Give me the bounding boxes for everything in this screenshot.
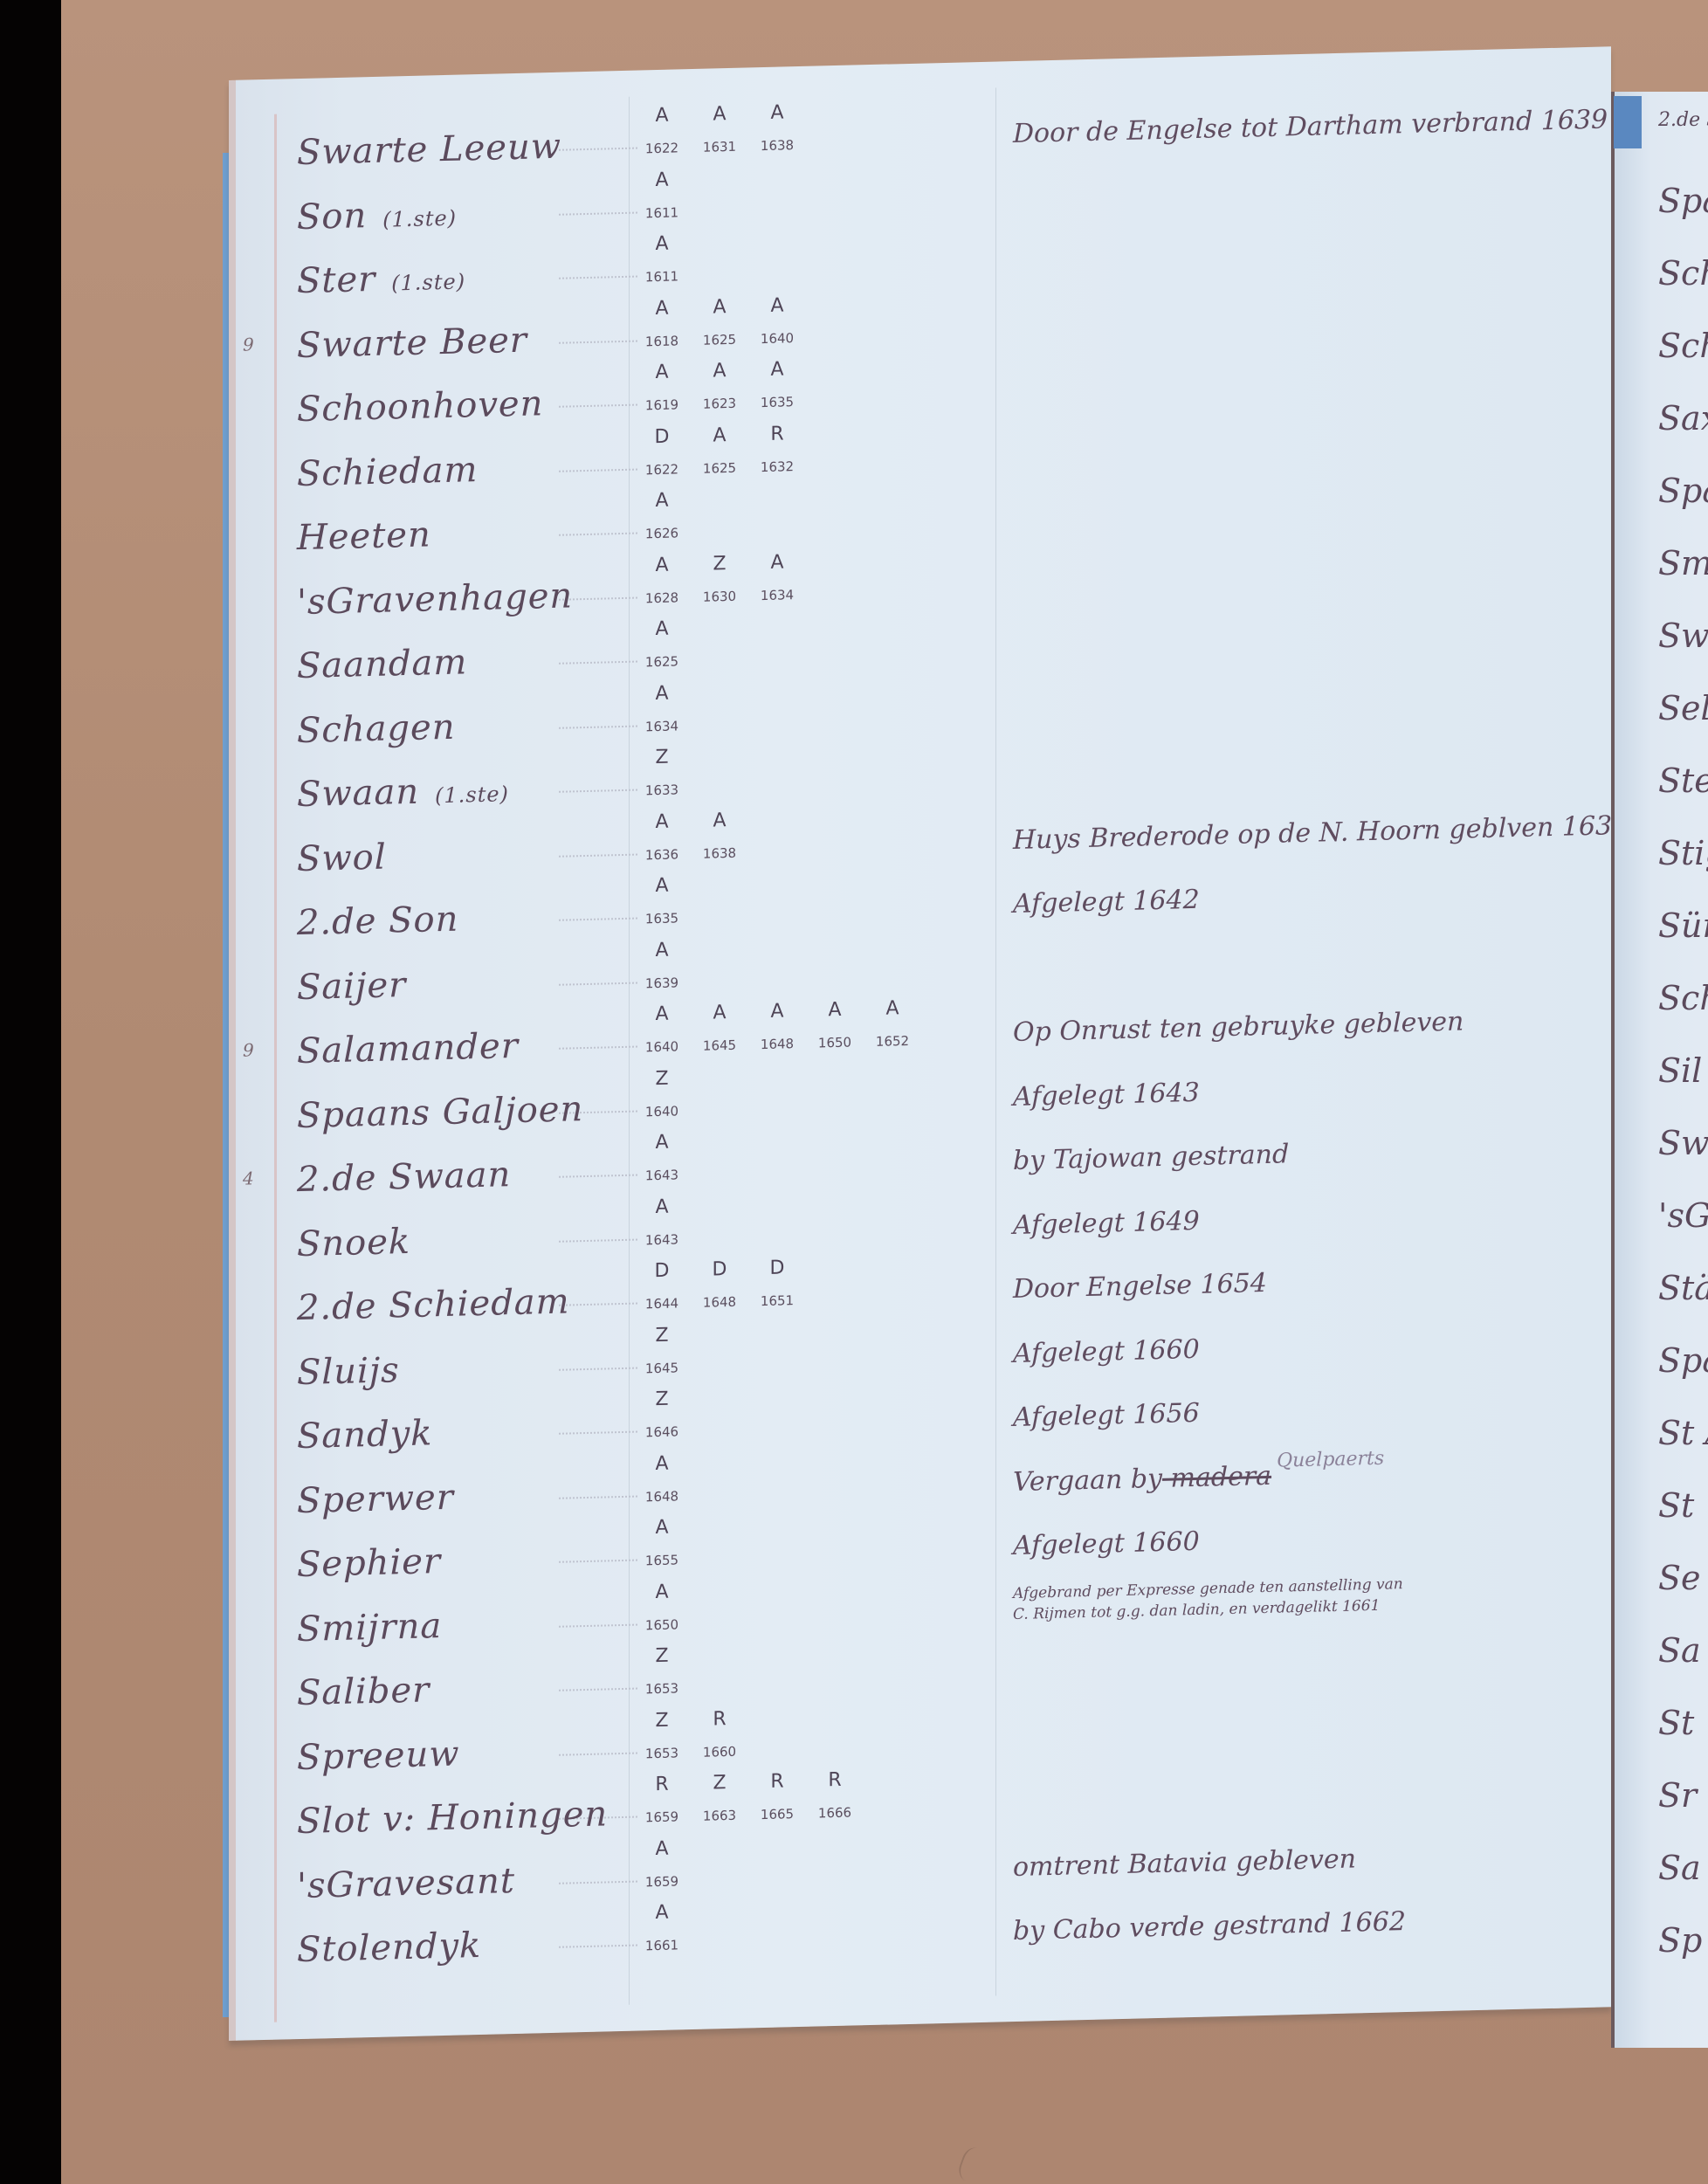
chamber-mark: A	[655, 1581, 668, 1603]
voyage-year: R1660	[695, 1707, 744, 1760]
year-value: 1618	[645, 332, 678, 350]
chamber-mark: A	[713, 424, 726, 447]
voyage-years: D1644D1648D1651	[637, 1257, 802, 1313]
partial-ship-name: Sil	[1658, 1051, 1702, 1090]
year-value: 1622	[645, 139, 678, 157]
year-value: 1628	[645, 589, 678, 607]
fate-remark: Huys Brederode op de N. Hoorn geblven 16…	[1013, 810, 1629, 855]
year-value: 1665	[761, 1805, 794, 1823]
voyage-years: A1639	[637, 939, 686, 992]
voyage-year: A1650	[637, 1581, 686, 1634]
year-value: 1659	[645, 1808, 678, 1826]
chamber-mark: A	[713, 103, 726, 126]
ship-name: Swaan(1.ste)	[297, 769, 509, 815]
voyage-year: Z1645	[637, 1324, 686, 1377]
ship-name: Swarte Leeuw	[297, 126, 577, 173]
year-value: 1648	[761, 1035, 794, 1053]
partial-ship-name: Swa	[1658, 617, 1708, 655]
chamber-mark: D	[655, 425, 670, 448]
voyage-years: A1650	[637, 1581, 686, 1634]
chamber-mark: A	[713, 296, 726, 319]
fate-remark: Door Engelse 1654	[1013, 1268, 1267, 1305]
leader-dots	[559, 789, 637, 793]
voyage-years: A1640A1645A1648A1650A1652	[637, 997, 917, 1057]
voyage-years: A1635	[637, 874, 686, 927]
voyage-year: A1625	[695, 424, 744, 477]
partial-ship-name: Sa	[1658, 1631, 1701, 1670]
year-value: 1645	[703, 1037, 736, 1055]
chamber-mark: Z	[655, 1388, 668, 1411]
ship-note: (1.ste)	[382, 205, 457, 231]
year-value: 1638	[761, 136, 794, 155]
voyage-year: A1643	[637, 1195, 686, 1249]
year-value: 1635	[645, 909, 678, 927]
pencil-correction: Quelpaerts	[1277, 1447, 1384, 1471]
chamber-mark: A	[713, 1002, 726, 1024]
partial-ship-name: 'sGra	[1658, 1196, 1708, 1235]
leader-dots	[559, 1945, 637, 1948]
year-value: 1625	[703, 458, 736, 477]
chamber-mark: R	[770, 423, 783, 445]
leader-dots	[559, 1752, 637, 1755]
year-value: 1634	[645, 717, 678, 735]
leader-dots	[559, 1046, 637, 1050]
year-value: 1635	[761, 393, 794, 411]
chamber-mark: A	[655, 1195, 668, 1218]
leader-dots	[559, 918, 637, 921]
chamber-mark: Z	[655, 1709, 668, 1732]
fate-remark: Afgelegt 1642	[1013, 885, 1200, 920]
voyage-year: A1628	[637, 554, 686, 607]
voyage-year: A1619	[637, 361, 686, 414]
year-value: 1623	[703, 395, 736, 413]
year-value: 1638	[703, 844, 736, 862]
partial-ship-name: Spaa	[1658, 1341, 1708, 1380]
year-value: 1622	[645, 460, 678, 479]
fate-remark: Afgelegt 1660	[1013, 1526, 1200, 1561]
year-value: 1659	[645, 1872, 678, 1891]
fate-remark: Door de Engelse tot Dartham verbrand 163…	[1013, 104, 1608, 149]
margin-rule	[274, 114, 277, 2022]
chamber-mark: A	[655, 105, 668, 127]
partial-ship-name: Sür	[1658, 906, 1708, 945]
chamber-mark: D	[655, 1260, 670, 1283]
year-value: 1632	[761, 458, 794, 476]
leader-dots	[559, 340, 637, 343]
partial-ship-name: Schoot	[1658, 254, 1708, 293]
partial-ship-name: Sa	[1658, 1849, 1701, 1887]
chamber-mark: A	[655, 1132, 668, 1154]
year-value: 1663	[703, 1807, 736, 1825]
voyage-year: A1652	[868, 997, 917, 1051]
year-value: 1661	[645, 1936, 678, 1954]
voyage-year: A1631	[695, 103, 744, 156]
voyage-years: Z1646	[637, 1388, 686, 1441]
year-value: 1648	[645, 1487, 678, 1505]
margin-mark: 9	[243, 334, 254, 355]
ship-name: Son(1.ste)	[297, 193, 457, 237]
left-ledger-page: Swarte Leeuw A1622A1631A1638 Door de Eng…	[229, 46, 1611, 2041]
leader-dots	[559, 1560, 637, 1563]
year-value: 1636	[645, 845, 678, 864]
voyage-year: R1632	[753, 422, 802, 475]
leader-dots	[559, 211, 637, 215]
voyage-years: Z1640	[637, 1067, 686, 1120]
leader-dots	[559, 404, 637, 408]
chamber-mark: A	[655, 682, 668, 705]
voyage-year: A1643	[637, 1131, 686, 1184]
ship-name: Sandyk	[297, 1413, 448, 1457]
voyage-year: A1659	[637, 1837, 686, 1891]
year-value: 1650	[645, 1616, 678, 1634]
right-cover-edge	[1614, 96, 1642, 148]
year-value: 1652	[876, 1032, 909, 1051]
leader-dots	[559, 661, 637, 665]
chamber-mark: A	[828, 999, 841, 1022]
voyage-year: A1636	[637, 810, 686, 864]
partial-ship-name: Spaarei	[1658, 182, 1708, 220]
chamber-mark: A	[655, 233, 668, 256]
chamber-mark: Z	[655, 747, 668, 769]
voyage-years: Z1653R1660	[637, 1707, 744, 1762]
fate-remark: Afgebrand per Expresse genade ten aanste…	[1013, 1568, 1607, 1625]
leader-dots	[559, 1238, 637, 1242]
chamber-mark: A	[655, 939, 668, 961]
voyage-year: A1640	[753, 293, 802, 347]
voyage-years: A1619A1623A1635	[637, 358, 802, 415]
year-value: 1619	[645, 396, 678, 414]
ship-name: Schagen	[297, 706, 471, 751]
partial-ship-name: St	[1658, 1486, 1694, 1525]
voyage-years: Z1645	[637, 1324, 686, 1377]
voyage-years: A1636A1638	[637, 809, 744, 864]
chamber-mark: A	[713, 810, 726, 832]
fate-remark: by Tajowan gestrand	[1013, 1139, 1289, 1176]
year-value: 1651	[761, 1292, 794, 1310]
year-value: 1611	[645, 203, 678, 222]
fate-remark: Afgelegt 1643	[1013, 1077, 1200, 1112]
year-value: 1639	[645, 974, 678, 992]
voyage-year: R1665	[753, 1770, 802, 1823]
partial-ship-name: Se	[1658, 1559, 1701, 1597]
voyage-year: A1625	[695, 295, 744, 348]
fate-remark: Op Onrust ten gebruyke gebleven	[1013, 1006, 1464, 1048]
leader-dots	[559, 1175, 637, 1178]
voyage-years: A1643	[637, 1131, 686, 1184]
year-value: 1643	[645, 1166, 678, 1184]
voyage-year: A1618	[637, 297, 686, 350]
leader-dots	[559, 533, 637, 536]
ship-name: 'sGravenhagen	[297, 575, 589, 622]
voyage-years: A1625	[637, 617, 686, 671]
ship-name: Spreeuw	[297, 1733, 475, 1778]
ship-name: Stolendyk	[297, 1925, 497, 1970]
chamber-mark: A	[770, 551, 783, 574]
year-value: 1625	[645, 652, 678, 671]
partial-ship-name: Sp	[1658, 1921, 1702, 1960]
chamber-mark: A	[655, 554, 668, 576]
year-value: 1643	[645, 1230, 678, 1249]
chamber-mark: A	[655, 362, 668, 384]
ship-note: (1.ste)	[391, 269, 465, 295]
leader-dots	[559, 1367, 637, 1370]
year-value: 1630	[703, 587, 736, 605]
partial-ship-name: St A	[1658, 1414, 1708, 1452]
ship-name: Swol	[297, 837, 403, 879]
voyage-years: A1643	[637, 1195, 686, 1249]
fate-remark: Afgelegt 1660	[1013, 1333, 1200, 1368]
year-value: 1653	[645, 1744, 678, 1762]
year-value: 1626	[645, 524, 678, 542]
partial-ship-name: Scher	[1658, 327, 1708, 365]
leader-dots	[559, 1431, 637, 1435]
year-value: 1634	[761, 586, 794, 604]
partial-ship-name: St	[1658, 1704, 1694, 1742]
leader-dots	[559, 853, 637, 857]
leader-dots	[559, 725, 637, 728]
chamber-mark: D	[770, 1257, 785, 1279]
voyage-year: D1648	[695, 1258, 744, 1312]
year-value: 1666	[818, 1804, 851, 1822]
year-value: 1655	[645, 1551, 678, 1569]
voyage-year: A1635	[637, 874, 686, 927]
voyage-year: A1661	[637, 1901, 686, 1954]
partial-ship-name: Smer	[1658, 544, 1708, 582]
voyage-year: D1651	[753, 1257, 802, 1310]
year-value: 1650	[818, 1034, 851, 1052]
voyage-year: Z1653	[637, 1709, 686, 1762]
voyage-year: A1639	[637, 939, 686, 992]
leader-dots	[559, 1623, 637, 1627]
year-value: 1653	[645, 1679, 678, 1698]
chamber-mark: R	[655, 1774, 668, 1796]
partial-ship-name: Saxe	[1658, 399, 1708, 437]
voyage-year: A1648	[753, 1000, 802, 1053]
chamber-mark: A	[770, 1000, 783, 1023]
voyage-year: A1625	[637, 617, 686, 671]
chamber-mark: R	[828, 1769, 841, 1792]
chamber-mark: R	[713, 1708, 726, 1731]
voyage-year: Z1640	[637, 1067, 686, 1120]
partial-ship-name: Sr	[1658, 1776, 1697, 1815]
chamber-mark: A	[655, 1517, 668, 1540]
voyage-years: A1611	[637, 169, 686, 222]
voyage-year: A1622	[637, 104, 686, 157]
chamber-mark: Z	[655, 1645, 668, 1668]
voyage-year: A1640	[637, 1002, 686, 1056]
voyage-years: A1618A1625A1640	[637, 293, 802, 350]
chamber-mark: R	[770, 1770, 783, 1793]
ship-name: Schiedam	[297, 449, 493, 494]
voyage-year: A1635	[753, 358, 802, 411]
year-value: 1640	[645, 1037, 678, 1056]
voyage-year: A1626	[637, 489, 686, 542]
ship-name: Spaans Galjoen	[297, 1088, 599, 1135]
chamber-mark: A	[655, 618, 668, 641]
voyage-years: D1622A1625R1632	[637, 422, 802, 479]
voyage-years: Z1653	[637, 1644, 686, 1698]
leader-dots	[559, 982, 637, 985]
fate-remark: Afgelegt 1649	[1013, 1205, 1200, 1240]
chamber-mark: A	[655, 490, 668, 513]
voyage-year: A1655	[637, 1516, 686, 1569]
margin-mark: 4	[243, 1168, 254, 1188]
voyage-year: D1622	[637, 425, 686, 479]
chamber-mark: A	[655, 297, 668, 320]
voyage-year: Z1630	[695, 552, 744, 605]
fate-remark: Vergaan by maderaQuelpaerts	[1013, 1457, 1384, 1497]
partial-ship-name: Stigt	[1658, 834, 1708, 872]
ship-name: Ster(1.ste)	[297, 257, 465, 301]
ship-name: Sperwer	[297, 1477, 470, 1521]
ship-name: Snoek	[297, 1221, 426, 1264]
chamber-mark: A	[655, 810, 668, 833]
leader-dots	[559, 468, 637, 472]
voyage-year: D1644	[637, 1259, 686, 1312]
fate-remark: Afgelegt 1656	[1013, 1398, 1200, 1433]
partial-ship-name: Swi	[1658, 1124, 1708, 1162]
voyage-years: A1626	[637, 489, 686, 542]
voyage-year: A1645	[695, 1002, 744, 1055]
ship-name: Swarte Beer	[297, 320, 543, 366]
ship-name: Sluijs	[297, 1349, 416, 1392]
year-value: 1631	[703, 138, 736, 156]
chamber-mark: A	[770, 294, 783, 317]
fate-remark: by Cabo verde gestrand 1662	[1013, 1906, 1406, 1946]
voyage-year: Z1653	[637, 1644, 686, 1698]
voyage-years: A1659	[637, 1837, 686, 1891]
voyage-years: A1611	[637, 232, 686, 286]
voyage-year: R1666	[810, 1768, 859, 1822]
year-value: 1633	[645, 781, 678, 799]
leader-dots	[559, 1688, 637, 1691]
ship-name: Slot v: Honingen	[297, 1794, 623, 1842]
photo-black-edge	[0, 0, 61, 2184]
partial-ship-name: Ster	[1658, 761, 1708, 800]
voyage-year: A1638	[695, 809, 744, 862]
voyage-years: A1655	[637, 1516, 686, 1569]
partial-ship-name: Span	[1658, 472, 1708, 510]
right-ledger-page-partial: 2.de SwarteSpaareiSchootScherSaxeSpanSme…	[1611, 92, 1708, 2048]
chamber-mark: A	[770, 101, 783, 124]
chamber-mark: Z	[713, 1772, 726, 1795]
year-value: 1646	[645, 1423, 678, 1441]
leader-dots	[559, 1880, 637, 1884]
chamber-mark: Z	[655, 1324, 668, 1347]
chamber-mark: Z	[655, 1067, 668, 1090]
voyage-year: A1634	[637, 682, 686, 735]
year-value: 1644	[645, 1294, 678, 1312]
voyage-year: R1659	[637, 1773, 686, 1826]
year-value: 1660	[703, 1742, 736, 1760]
ship-name: Smijrna	[297, 1605, 458, 1650]
ship-name: 2.de Son	[297, 899, 474, 943]
ship-note: (1.ste)	[435, 782, 509, 808]
leader-dots	[559, 1495, 637, 1498]
voyage-years: R1659Z1663R1665R1666	[637, 1768, 859, 1826]
voyage-year: A1611	[637, 169, 686, 222]
ship-name: Saliber	[297, 1670, 445, 1713]
ship-name: Schoonhoven	[297, 383, 559, 430]
voyage-years: A1634	[637, 682, 686, 735]
partial-ship-name: Stä	[1658, 1269, 1708, 1307]
year-value: 1648	[703, 1293, 736, 1312]
ship-name: Saijer	[297, 964, 422, 1008]
voyage-year: Z1663	[695, 1772, 744, 1825]
voyage-years: A1622A1631A1638	[637, 101, 802, 158]
chamber-mark: A	[713, 360, 726, 382]
leader-dots	[559, 276, 637, 279]
chamber-mark: A	[655, 1452, 668, 1475]
chamber-mark: A	[655, 1837, 668, 1860]
ship-name: 2.de Schiedam	[297, 1281, 586, 1328]
year-value: 1640	[761, 329, 794, 348]
chamber-mark: A	[655, 1003, 668, 1026]
voyage-year: A1611	[637, 232, 686, 286]
voyage-years: Z1633	[637, 746, 686, 799]
voyage-year: Z1646	[637, 1388, 686, 1441]
chamber-mark: A	[655, 875, 668, 898]
ship-name: Salamander	[297, 1025, 534, 1071]
ship-name: Saandam	[297, 642, 483, 686]
chamber-mark: Z	[713, 553, 726, 575]
voyage-year: Z1633	[637, 746, 686, 799]
chamber-mark: D	[713, 1258, 727, 1281]
partial-ship-name: Sch	[1658, 979, 1708, 1017]
struck-text: madera	[1162, 1460, 1271, 1493]
partial-ship-name: 2.de Swarte	[1658, 109, 1708, 131]
margin-mark: 9	[243, 1039, 254, 1060]
voyage-year: A1623	[695, 360, 744, 413]
chamber-mark: A	[770, 358, 783, 381]
voyage-year: A1648	[637, 1452, 686, 1505]
chamber-mark: A	[885, 997, 899, 1020]
year-value: 1645	[645, 1359, 678, 1377]
fate-remark: omtrent Batavia gebleven	[1013, 1843, 1356, 1883]
voyage-years: A1648	[637, 1452, 686, 1505]
partial-ship-name: Self	[1658, 689, 1708, 727]
voyage-year: A1634	[753, 550, 802, 603]
year-value: 1640	[645, 1102, 678, 1120]
ship-name: Heeten	[297, 514, 447, 558]
voyage-year: A1650	[810, 998, 859, 1051]
year-value: 1625	[703, 330, 736, 348]
ship-name: 2.de Swaan	[297, 1154, 527, 1200]
voyage-year: A1638	[753, 101, 802, 155]
chamber-mark: A	[655, 1902, 668, 1925]
ship-name: Sephier	[297, 1541, 457, 1585]
voyage-years: A1661	[637, 1901, 686, 1954]
chamber-mark: A	[655, 169, 668, 191]
ship-name: 'sGravesant	[297, 1860, 531, 1906]
voyage-years: A1628Z1630A1634	[637, 550, 802, 607]
year-value: 1611	[645, 267, 678, 286]
